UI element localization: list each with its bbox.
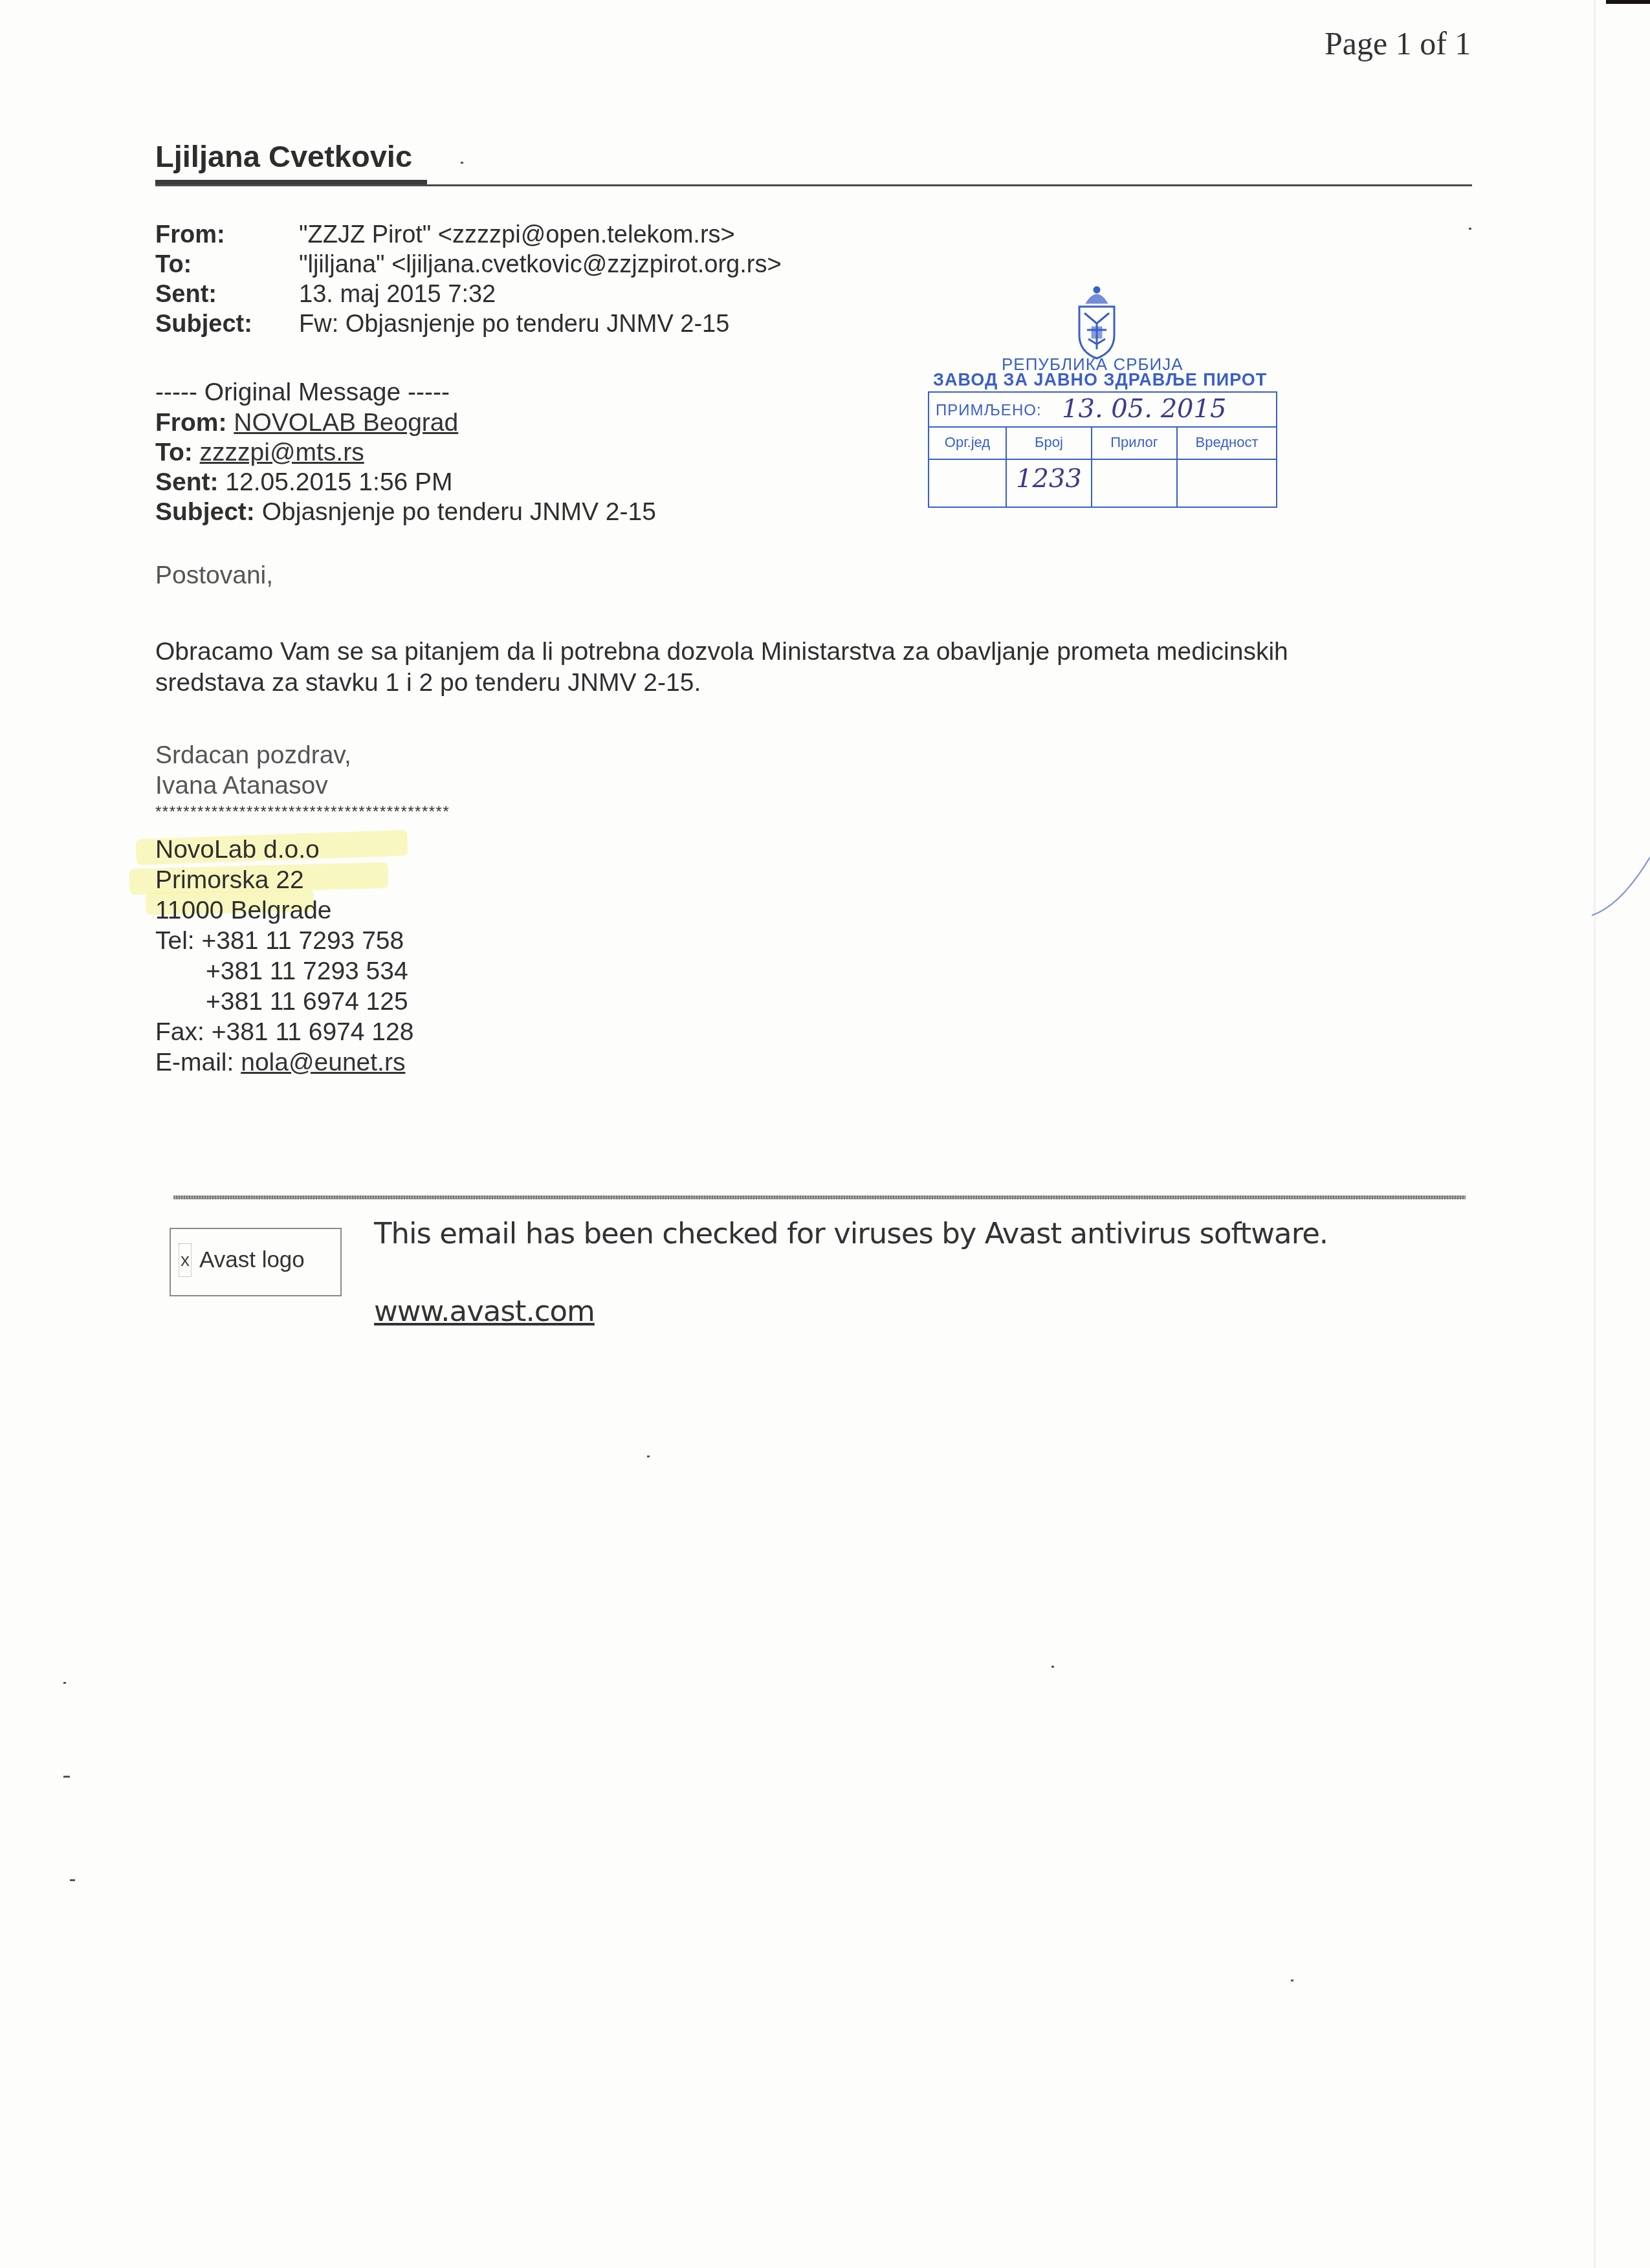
scan-edge-line [1594, 0, 1596, 2268]
stamp-cell-org: Орг.јед [929, 426, 1007, 507]
avast-link[interactable]: www.avast.com [374, 1294, 595, 1328]
scan-speck [1291, 1979, 1293, 1981]
signature-tel-row: Tel: +381 11 7293 758 [155, 927, 404, 955]
stamp-received-row: ПРИМЉЕНО: 13. 05. 2015 [929, 393, 1276, 428]
pen-mark [1592, 854, 1650, 919]
stamp-cell-attachment: Прилог [1092, 426, 1178, 507]
original-subject-label: Subject: [155, 498, 255, 526]
signature-fax-row: Fax: +381 11 6974 128 [155, 1018, 413, 1047]
signature-street: Primorska 22 [155, 866, 304, 895]
fax-number: +381 11 6974 128 [212, 1018, 414, 1046]
stamp-table: ПРИМЉЕНО: 13. 05. 2015 Орг.јед Број 1233… [928, 391, 1277, 508]
greeting: Postovani, [155, 562, 273, 590]
original-sent-value: 12.05.2015 1:56 PM [225, 468, 452, 496]
header-value: "ZZJZ Pirot" <zzzzpi@open.telekom.rs> [299, 221, 735, 249]
avast-logo-alt-text: Avast logo [199, 1247, 305, 1273]
tel-label: Tel: [155, 927, 195, 955]
original-from-link[interactable]: NOVOLAB Beograd [234, 409, 458, 437]
body-line-1: Obracamo Vam se sa pitanjem da li potreb… [155, 638, 1288, 666]
avast-message: This email has been checked for viruses … [374, 1216, 1328, 1250]
scan-speck [70, 1879, 75, 1881]
header-label: Sent: [155, 281, 217, 309]
sender-name: Ivana Atanasov [155, 772, 328, 800]
header-value: 13. maj 2015 7:32 [299, 281, 496, 309]
original-from-label: From: [155, 409, 227, 437]
tel-number: +381 11 7293 758 [202, 927, 404, 955]
header-label: To: [155, 251, 192, 279]
email-link[interactable]: nola@eunet.rs [241, 1049, 405, 1076]
avast-logo-placeholder: x Avast logo [170, 1228, 342, 1296]
stamp-col-header: Вредност [1178, 426, 1276, 460]
original-sent-row: Sent: 12.05.2015 1:56 PM [155, 468, 453, 497]
received-stamp: РЕПУБЛИКА СРБИЈА ЗАВОД ЗА ЈАВНО ЗДРАВЉЕ … [919, 272, 1294, 518]
scan-edge-bar [1606, 0, 1650, 4]
scan-speck [63, 1776, 70, 1778]
header-row-to: To: "ljiljana" <ljiljana.cvetkovic@zzjzp… [155, 251, 996, 281]
stamp-col-header: Број [1007, 426, 1091, 460]
stamp-cell-value: Вредност [1178, 426, 1276, 507]
header-label: Subject: [155, 311, 252, 338]
stamp-col-header: Орг.јед [929, 426, 1006, 460]
original-message-separator: ----- Original Message ----- [155, 378, 450, 407]
stamp-institution: ЗАВОД ЗА ЈАВНО ЗДРАВЉЕ ПИРОТ [933, 370, 1267, 390]
signature-company: NovoLab d.o.o [155, 836, 320, 864]
original-sent-label: Sent: [155, 468, 219, 496]
original-to-label: To: [155, 439, 193, 466]
closing: Srdacan pozdrav, [155, 741, 351, 770]
document-title: Ljiljana Cvetkovic [155, 138, 412, 174]
tel-number: +381 11 7293 534 [206, 957, 408, 986]
scan-speck [647, 1456, 650, 1457]
stamp-col-value: 1233 [1007, 464, 1091, 494]
original-to-row: To: zzzzpi@mts.rs [155, 439, 364, 467]
stamp-cell-number: Број 1233 [1007, 426, 1092, 507]
header-row-sent: Sent: 13. maj 2015 7:32 [155, 281, 996, 311]
scan-speck [1469, 228, 1471, 230]
signature-city: 11000 Belgrade [155, 897, 332, 925]
original-subject-value: Objasnjenje po tenderu JNMV 2-15 [262, 498, 656, 526]
stamp-col-header: Прилог [1092, 426, 1176, 460]
scan-speck [1051, 1666, 1054, 1668]
header-label: From: [155, 221, 225, 249]
body-line-2: sredstava za stavku 1 i 2 po tenderu JNM… [155, 669, 701, 697]
scan-speck [461, 162, 463, 164]
page-number: Page 1 of 1 [1325, 25, 1471, 62]
original-to-link[interactable]: zzzzpi@mts.rs [200, 439, 364, 466]
broken-image-icon: x [179, 1243, 192, 1277]
fax-label: Fax: [155, 1018, 204, 1046]
header-value: Fw: Objasnjenje po tenderu JNMV 2-15 [299, 311, 729, 338]
header-row-from: From: "ZZJZ Pirot" <zzzzpi@open.telekom.… [155, 221, 996, 251]
scan-speck [63, 1682, 66, 1684]
signature-email-row: E-mail: nola@eunet.rs [155, 1049, 405, 1077]
header-row-subject: Subject: Fw: Objasnjenje po tenderu JNMV… [155, 311, 996, 340]
stamp-received-label: ПРИМЉЕНО: [936, 402, 1042, 420]
title-rule [155, 184, 1472, 186]
header-value: "ljiljana" <ljiljana.cvetkovic@zzjzpirot… [299, 251, 782, 279]
tel-number: +381 11 6974 125 [206, 988, 408, 1016]
serbian-crest-icon [1074, 285, 1119, 361]
original-subject-row: Subject: Objasnjenje po tenderu JNMV 2-1… [155, 498, 656, 527]
stamp-received-date: 13. 05. 2015 [1062, 394, 1226, 424]
email-label: E-mail: [155, 1049, 234, 1076]
original-from-row: From: NOVOLAB Beograd [155, 409, 458, 437]
signature-divider: ****************************************… [155, 803, 450, 822]
avast-separator [173, 1195, 1466, 1199]
